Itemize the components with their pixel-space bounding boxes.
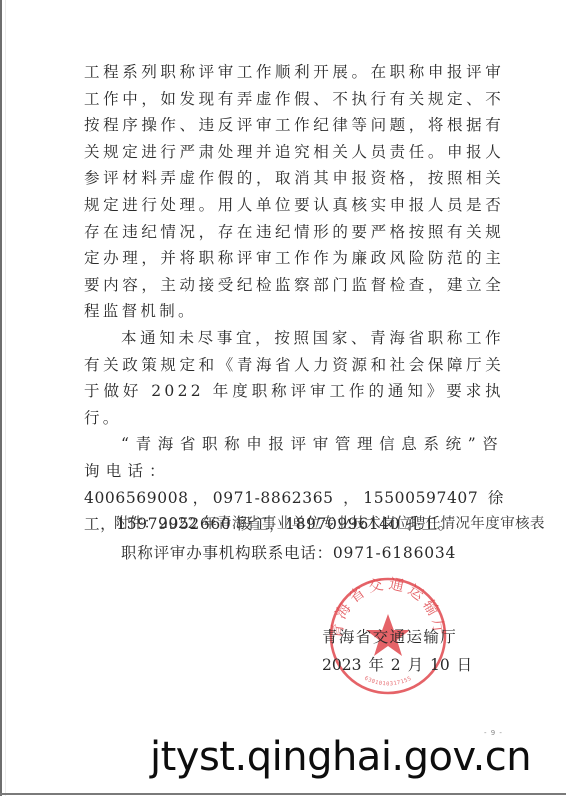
page-bottom-border xyxy=(0,793,566,795)
page-left-border xyxy=(0,0,2,796)
paragraph-policy: 本通知未尽事宜，按照国家、青海省职称工作有关政策规定和《青海省人力资源和社会保障… xyxy=(84,325,504,431)
site-watermark: jtyst.qinghai.gov.cn xyxy=(150,734,531,780)
attachment-line: 附件：2022 年青海省事业单位专业技术岗位聘任情况年度审核表 xyxy=(114,512,545,533)
signature-date: 2023 年 2 月 10 日 xyxy=(322,653,472,675)
consultation-heading: “青海省职称申报评审管理信息系统”咨询电话： xyxy=(84,431,504,484)
page-left-edge xyxy=(5,0,6,796)
svg-text:6301010317155: 6301010317155 xyxy=(363,676,413,688)
document-body: 工程系列职称评审工作顺利开展。在职称申报评审工作中，如发现有弄虚作假、不执行有关… xyxy=(84,59,504,566)
paragraph-discipline: 工程系列职称评审工作顺利开展。在职称申报评审工作中，如发现有弄虚作假、不执行有关… xyxy=(84,59,504,325)
signature-organization: 青海省交通运输厅 xyxy=(322,625,457,647)
seal-serial: 6301010317155 xyxy=(363,676,413,688)
office-contact: 职称评审办事机构联系电话：0971-6186034 xyxy=(84,540,504,567)
